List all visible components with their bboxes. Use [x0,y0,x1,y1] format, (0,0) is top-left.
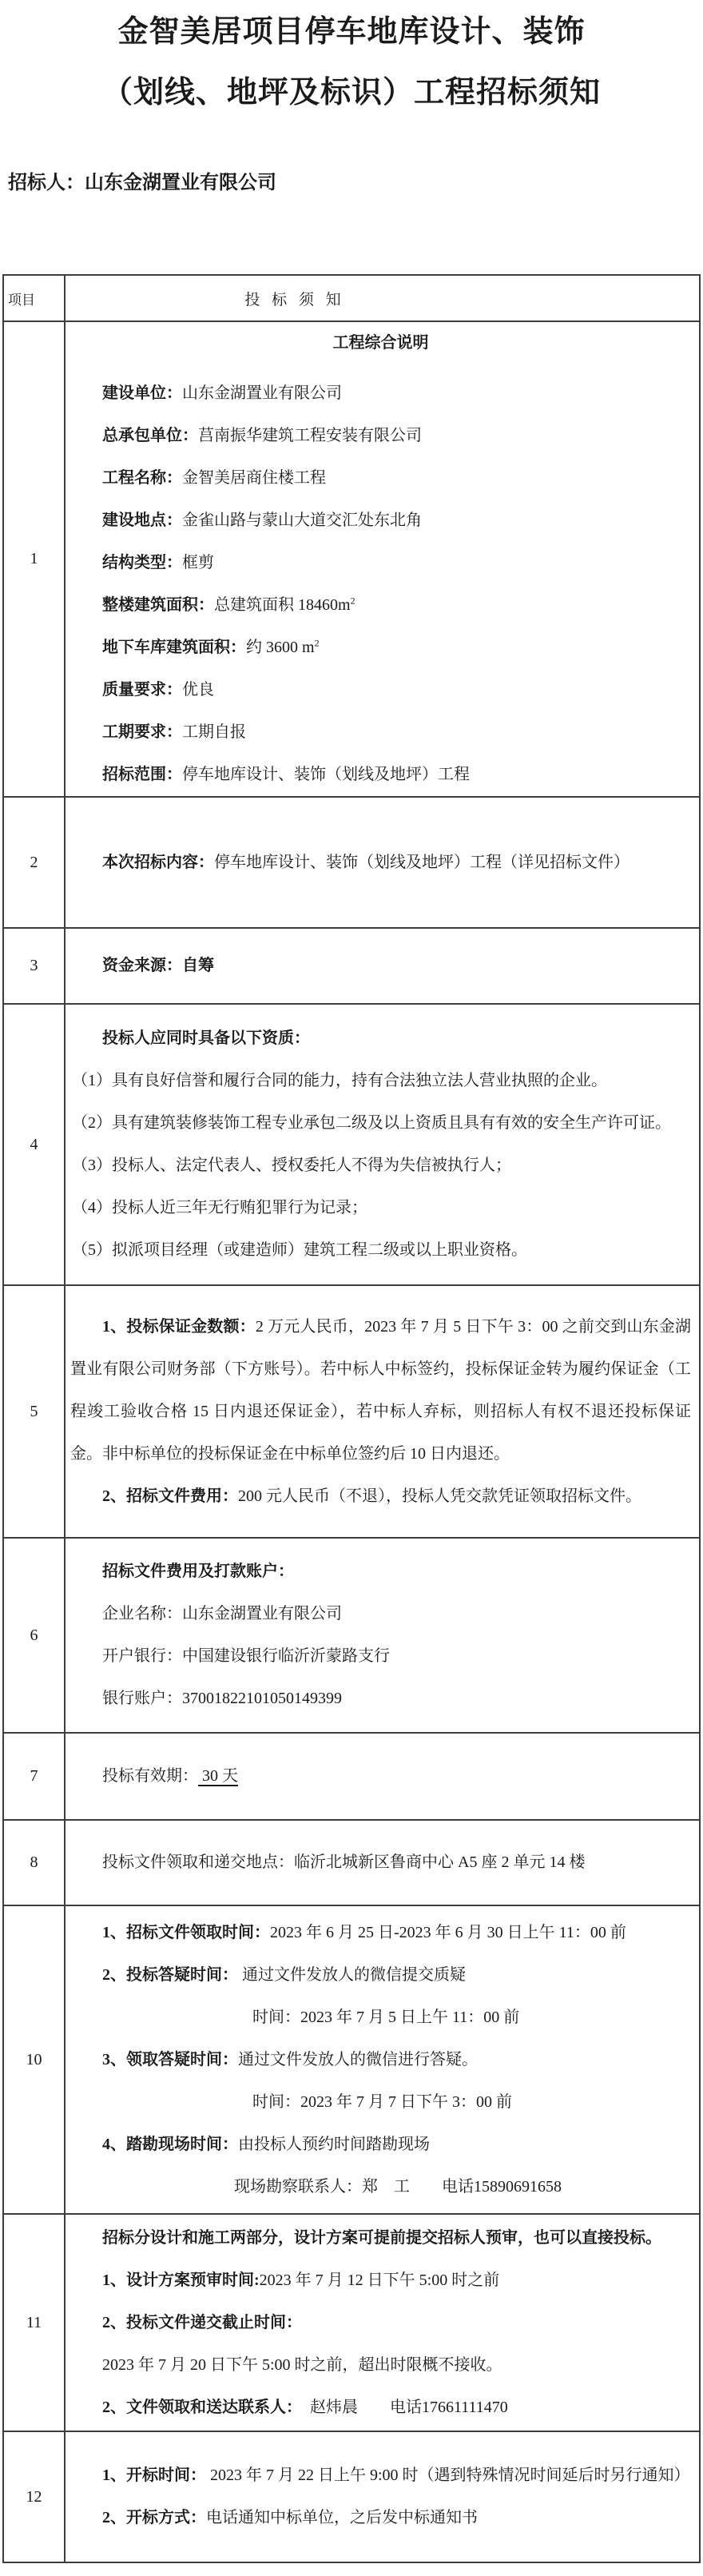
text-segment: 框剪 [182,554,214,571]
paragraph: 投标文件领取和递交地点：临沂北城新区鲁商中心 A5 座 2 单元 14 楼 [70,1841,691,1884]
text-segment: 2 [315,637,320,648]
text-segment: 电话通知中标单位，之后发中标通知书 [206,2509,478,2526]
item-content: 招标分设计和施工两部分，设计方案可提前提交招标人预审，也可以直接投标。1、设计方… [65,2214,700,2431]
text-segment: 2023 年 7 月 12 日下午 5:00 时之前 [260,2271,500,2289]
paragraph: 1、设计方案预审时间:2023 年 7 月 12 日下午 5:00 时之前 [70,2259,691,2302]
text-segment: 1、设计方案预审时间: [102,2271,260,2289]
paragraph: 投标人应同时具备以下资质： [70,1017,691,1060]
paragraph: 企业名称：山东金湖置业有限公司 [70,1593,691,1635]
paragraph: 资金来源：自筹 [70,945,691,987]
text-segment: 通过文件发放人的微信提交质疑 [238,1966,466,1984]
item-content: 1、投标保证金数额：2 万元人民币，2023 年 7 月 5 日下午 3：00 … [65,1285,700,1538]
item-number: 2 [3,797,65,928]
paragraph: 3、领取答疑时间：通过文件发放人的微信进行答疑。 [70,2039,691,2081]
paragraph: 银行账户：37001822101050149399 [70,1678,691,1720]
text-segment: 1、开标时间： [102,2467,206,2484]
item-content-wrap: 投标有效期： 30 天 [70,1755,691,1798]
paragraph: 时间：2023 年 7 月 5 日上午 11：00 前 [70,1997,691,2039]
item-number: 5 [3,1285,65,1538]
item-number: 8 [3,1820,65,1905]
paragraph: 工程名称：金智美居商住楼工程 [70,457,691,500]
paragraph: 2、投标文件递交截止时间： [70,2302,691,2344]
text-segment: 2、投标文件递交截止时间： [102,2314,302,2331]
title-line-2: （划线、地坪及标识）工程招标须知 [0,62,703,123]
text-segment: 200 元人民币（不退），投标人凭交款凭证领取招标文件。 [238,1487,641,1505]
table-row: 11招标分设计和施工两部分，设计方案可提前提交招标人预审，也可以直接投标。1、设… [3,2214,700,2431]
text-segment: 停车地库设计、装饰（划线及地坪）工程（详见招标文件） [214,854,630,871]
text-segment: 投标有效期： [102,1767,198,1785]
text-segment: 工程名称： [102,469,182,487]
text-segment: 3、领取答疑时间： [102,2051,238,2068]
paragraph: 2023 年 7 月 20 日下午 5:00 时之前，超出时限概不接收。 [70,2344,691,2387]
paragraph: 招标范围：停车地库设计、装饰（划线及地坪）工程 [70,754,691,796]
item-content: 招标文件费用及打款账户：企业名称：山东金湖置业有限公司开户银行：中国建设银行临沂… [65,1538,700,1733]
header-item-column: 项目 [3,275,65,321]
text-segment: 2023 年 7 月 22 日上午 9:00 时（遇到特殊情况时间延后时另行通知… [206,2467,690,2484]
text-segment: 2、文件领取和送达联系人： [102,2399,294,2416]
paragraph: 建设单位：山东金湖置业有限公司 [70,372,691,415]
text-segment: 总建筑面积 18460m [214,596,351,614]
item-content: 本次招标内容：停车地库设计、装饰（划线及地坪）工程（详见招标文件） [65,797,700,928]
table-row: 2本次招标内容：停车地库设计、装饰（划线及地坪）工程（详见招标文件） [3,797,700,928]
text-segment: 本次招标内容： [102,854,214,871]
paragraph: 2、文件领取和送达联系人： 赵炜晨 电话17661111470 [70,2387,691,2429]
tenderer-label: 招标人： [8,173,85,193]
item-number: 12 [3,2431,65,2562]
paragraph: 本次招标内容：停车地库设计、装饰（划线及地坪）工程（详见招标文件） [70,842,691,884]
paragraph: 投标有效期： 30 天 [70,1755,691,1798]
text-segment: 优良 [182,681,214,699]
text-segment: 工期要求： [102,723,182,741]
text-segment: （3）投标人、法定代表人、授权委托人不得为失信被执行人； [72,1157,511,1174]
item-number: 4 [3,1004,65,1285]
text-segment: 投标人应同时具备以下资质： [102,1029,310,1047]
text-segment: 地下车库建筑面积： [102,639,246,656]
text-segment: （4）投标人近三年无行贿犯罪行为记录； [72,1199,367,1216]
paragraph: 结构类型：框剪 [70,542,691,584]
item-number: 3 [3,928,65,1004]
paragraph: 招标文件费用及打款账户： [70,1551,691,1593]
paragraph: （5）拟派项目经理（或建造师）建筑工程二级或以上职业资格。 [70,1229,691,1272]
paragraph: 总承包单位：莒南振华建筑工程安装有限公司 [70,415,691,457]
item-content-wrap: 1、开标时间： 2023 年 7 月 22 日上午 9:00 时（遇到特殊情况时… [70,2455,691,2539]
item-content-wrap: 1、招标文件领取时间：2023 年 6 月 25 日-2023 年 6 月 30… [70,1912,691,2208]
paragraph: 建设地点：金雀山路与蒙山大道交汇处东北角 [70,500,691,542]
text-segment: 2023 年 6 月 25 日-2023 年 6 月 30 日上午 11：00 … [270,1924,626,1941]
paragraph: （3）投标人、法定代表人、授权委托人不得为失信被执行人； [70,1145,691,1187]
item-content: 1、开标时间： 2023 年 7 月 22 日上午 9:00 时（遇到特殊情况时… [65,2431,700,2562]
table-row: 3资金来源：自筹 [3,928,700,1004]
document-title: 金智美居项目停车地库设计、装饰 （划线、地坪及标识）工程招标须知 [0,0,703,123]
text-segment: 投标文件领取和递交地点：临沂北城新区鲁商中心 A5 座 2 单元 14 楼 [102,1853,585,1871]
text-segment: 由投标人预约时间踏勘现场 [238,2136,430,2153]
paragraph: （1）具有良好信誉和履行合同的能力，持有合法独立法人营业执照的企业。 [70,1060,691,1102]
paragraph: 整楼建筑面积：总建筑面积 18460m2 [70,584,691,627]
paragraph: 质量要求：优良 [70,669,691,711]
table-row: 101、招标文件领取时间：2023 年 6 月 25 日-2023 年 6 月 … [3,1905,700,2214]
item-content-wrap: 招标文件费用及打款账户：企业名称：山东金湖置业有限公司开户银行：中国建设银行临沂… [70,1551,691,1720]
text-segment: 2023 年 7 月 20 日下午 5:00 时之前，超出时限概不接收。 [102,2356,502,2374]
item-content: 投标有效期： 30 天 [65,1733,700,1820]
text-segment: 莒南振华建筑工程安装有限公司 [198,427,422,444]
table-row: 51、投标保证金数额：2 万元人民币，2023 年 7 月 5 日下午 3：00… [3,1285,700,1538]
text-segment: 结构类型： [102,554,182,571]
text-segment: 停车地库设计、装饰（划线及地坪）工程 [182,766,470,783]
paragraph: （4）投标人近三年无行贿犯罪行为记录； [70,1187,691,1229]
item-number: 10 [3,1905,65,2214]
text-segment: 约 3600 m [246,639,315,656]
text-segment: 整楼建筑面积： [102,596,214,614]
table-row: 6招标文件费用及打款账户：企业名称：山东金湖置业有限公司开户银行：中国建设银行临… [3,1538,700,1733]
item-content-wrap: 投标人应同时具备以下资质：（1）具有良好信誉和履行合同的能力，持有合法独立法人营… [70,1017,691,1272]
tenderer-name: 山东金湖置业有限公司 [85,173,276,193]
item-content-wrap: 工程综合说明建设单位：山东金湖置业有限公司总承包单位：莒南振华建筑工程安装有限公… [70,322,691,796]
paragraph: 地下车库建筑面积：约 3600 m2 [70,627,691,669]
table-row: 1工程综合说明建设单位：山东金湖置业有限公司总承包单位：莒南振华建筑工程安装有限… [3,321,700,797]
title-line-1: 金智美居项目停车地库设计、装饰 [0,2,703,62]
paragraph: （2）具有建筑装修装饰工程专业承包二级及以上资质且具有有效的安全生产许可证。 [70,1102,691,1145]
text-segment: （5）拟派项目经理（或建造师）建筑工程二级或以上职业资格。 [72,1241,527,1259]
text-segment: 山东金湖置业有限公司 [182,384,342,402]
item-number: 11 [3,2214,65,2431]
text-segment: （2）具有建筑装修装饰工程专业承包二级及以上资质且具有有效的安全生产许可证。 [72,1114,671,1132]
item-content: 1、招标文件领取时间：2023 年 6 月 25 日-2023 年 6 月 30… [65,1905,700,2214]
text-segment: 赵炜晨 电话17661111470 [294,2399,508,2416]
header-notice-column: 投 标 须 知 [65,275,700,321]
paragraph: 2、招标文件费用：200 元人民币（不退），投标人凭交款凭证领取招标文件。 [70,1475,691,1518]
table-row: 7投标有效期： 30 天 [3,1733,700,1820]
text-segment: 2、开标方式： [102,2509,206,2526]
text-segment: 2 [351,595,355,606]
item-number: 7 [3,1733,65,1820]
text-segment: 2、招标文件费用： [102,1487,238,1505]
paragraph: 工程综合说明 [70,322,691,364]
paragraph: 1、开标时间： 2023 年 7 月 22 日上午 9:00 时（遇到特殊情况时… [70,2455,691,2497]
text-segment: 资金来源：自筹 [102,957,214,974]
text-segment: 1、招标文件领取时间： [102,1924,270,1941]
table-row: 4投标人应同时具备以下资质：（1）具有良好信誉和履行合同的能力，持有合法独立法人… [3,1004,700,1285]
text-segment: 建设地点： [102,512,182,529]
item-number: 1 [3,321,65,797]
text-segment: 企业名称：山东金湖置业有限公司 [102,1605,342,1622]
text-segment: 银行账户：37001822101050149399 [102,1690,342,1707]
paragraph: 招标分设计和施工两部分，设计方案可提前提交招标人预审，也可以直接投标。 [70,2217,691,2259]
item-content-wrap: 本次招标内容：停车地库设计、装饰（划线及地坪）工程（详见招标文件） [70,842,691,884]
text-segment: 4、踏勘现场时间： [102,2136,238,2153]
paragraph: 时间：2023 年 7 月 7 日下午 3：00 前 [70,2081,691,2124]
item-content: 资金来源：自筹 [65,928,700,1004]
paragraph: 2、投标答疑时间： 通过文件发放人的微信提交质疑 [70,1954,691,1997]
text-segment: 招标分设计和施工两部分，设计方案可提前提交招标人预审，也可以直接投标。 [102,2229,661,2247]
paragraph: 1、招标文件领取时间：2023 年 6 月 25 日-2023 年 6 月 30… [70,1912,691,1954]
text-segment: 工程综合说明 [333,334,429,352]
table-header-row: 项目 投 标 须 知 [3,275,700,321]
paragraph: 4、踏勘现场时间：由投标人预约时间踏勘现场 [70,2124,691,2166]
text-segment: 招标范围： [102,766,182,783]
table-row: 8投标文件领取和递交地点：临沂北城新区鲁商中心 A5 座 2 单元 14 楼 [3,1820,700,1905]
item-content-wrap: 资金来源：自筹 [70,945,691,987]
text-segment: 质量要求： [102,681,182,699]
notice-table: 项目 投 标 须 知 1工程综合说明建设单位：山东金湖置业有限公司总承包单位：莒… [2,274,701,2563]
document-page: 金智美居项目停车地库设计、装饰 （划线、地坪及标识）工程招标须知 招标人：山东金… [0,0,703,2563]
table-row: 121、开标时间： 2023 年 7 月 22 日上午 9:00 时（遇到特殊情… [3,2431,700,2562]
item-content: 投标文件领取和递交地点：临沂北城新区鲁商中心 A5 座 2 单元 14 楼 [65,1820,700,1905]
text-segment: 建设单位： [102,384,182,402]
text-segment: 金智美居商住楼工程 [182,469,326,487]
paragraph: 开户银行：中国建设银行临沂沂蒙路支行 [70,1635,691,1678]
paragraph: 2、开标方式：电话通知中标单位，之后发中标通知书 [70,2497,691,2539]
item-content: 工程综合说明建设单位：山东金湖置业有限公司总承包单位：莒南振华建筑工程安装有限公… [65,321,700,797]
text-segment: 2 万元人民币，2023 年 7 月 5 日下午 3：00 之前交到山东金湖置业… [70,1318,691,1463]
paragraph: 1、投标保证金数额：2 万元人民币，2023 年 7 月 5 日下午 3：00 … [70,1306,691,1475]
text-segment: 1、投标保证金数额： [102,1318,256,1336]
text-segment: 开户银行：中国建设银行临沂沂蒙路支行 [102,1647,390,1665]
text-segment: 30 天 [198,1767,238,1785]
text-segment: 时间：2023 年 7 月 7 日下午 3：00 前 [252,2093,512,2111]
text-segment: 金雀山路与蒙山大道交汇处东北角 [182,512,422,529]
text-segment: 时间：2023 年 7 月 5 日上午 11：00 前 [252,2009,519,2026]
notice-table-body: 1工程综合说明建设单位：山东金湖置业有限公司总承包单位：莒南振华建筑工程安装有限… [3,321,700,2562]
item-number: 6 [3,1538,65,1733]
text-segment: 2、投标答疑时间： [102,1966,238,1984]
text-segment: （1）具有良好信誉和履行合同的能力，持有合法独立法人营业执照的企业。 [72,1072,607,1089]
text-segment: 现场勘察联系人：郑 工 电话15890691658 [234,2178,562,2196]
text-segment: 总承包单位： [102,427,198,444]
paragraph: 现场勘察联系人：郑 工 电话15890691658 [70,2166,691,2208]
tenderer-line: 招标人：山东金湖置业有限公司 [8,171,703,195]
text-segment: 招标文件费用及打款账户： [102,1563,294,1580]
item-content: 投标人应同时具备以下资质：（1）具有良好信誉和履行合同的能力，持有合法独立法人营… [65,1004,700,1285]
text-segment: 工期自报 [182,723,246,741]
item-content-wrap: 招标分设计和施工两部分，设计方案可提前提交招标人预审，也可以直接投标。1、设计方… [70,2217,691,2429]
paragraph: 工期要求：工期自报 [70,711,691,754]
item-content-wrap: 1、投标保证金数额：2 万元人民币，2023 年 7 月 5 日下午 3：00 … [70,1306,691,1518]
item-content-wrap: 投标文件领取和递交地点：临沂北城新区鲁商中心 A5 座 2 单元 14 楼 [70,1841,691,1884]
text-segment: 通过文件发放人的微信进行答疑。 [238,2051,478,2068]
